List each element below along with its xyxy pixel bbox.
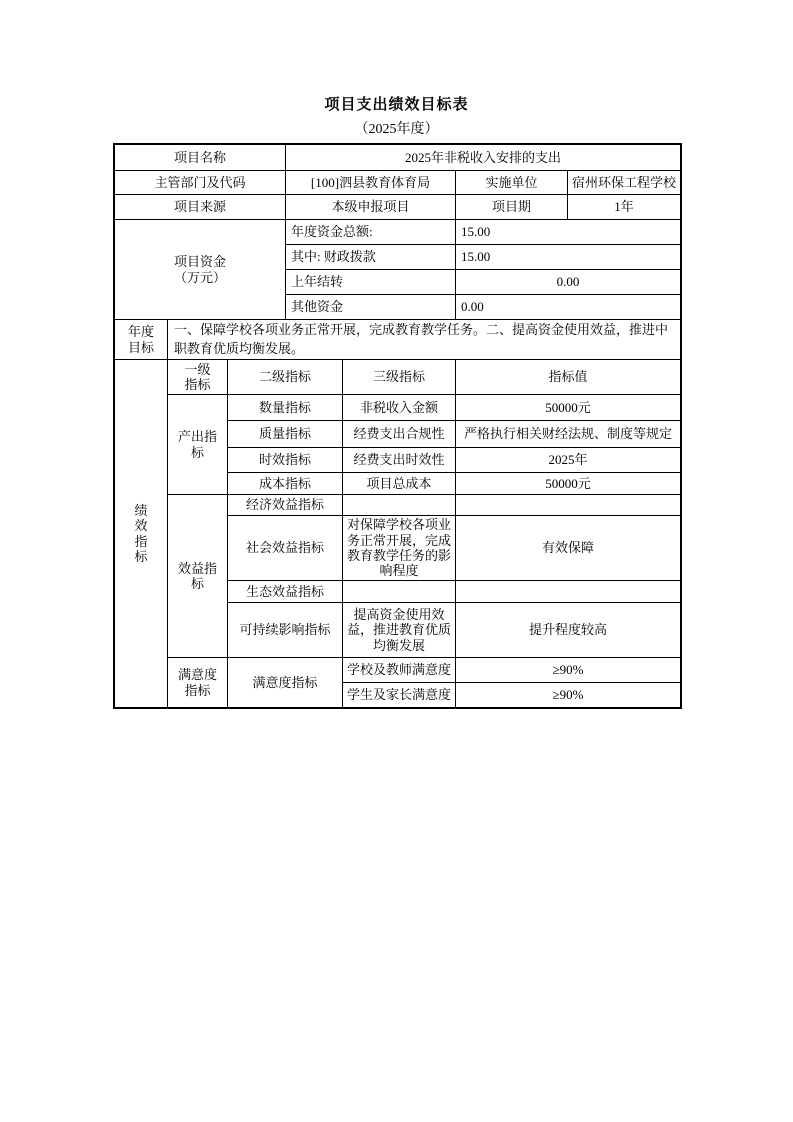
project-period-value: 1年: [567, 194, 680, 219]
satisfaction-l2-cell: 满意度指标: [227, 657, 342, 707]
indicator-l3-cell: 对保障学校各项业务正常开展，完成教育教学任务的影响程度: [342, 515, 455, 580]
indicator-value-cell: 50000元: [455, 472, 680, 494]
indicator-l3-cell: 经费支出合规性: [342, 420, 455, 447]
benefit-group-label: 效益指 标: [167, 494, 227, 657]
indicator-l2-cell: 生态效益指标: [227, 580, 342, 602]
indicator-l3-cell: [342, 580, 455, 602]
indicator-value-cell: [455, 580, 680, 602]
project-name-label: 项目名称: [115, 145, 285, 170]
annual-goal-text: 一、保障学校各项业务正常开展，完成教育教学任务。二、提高资金使用效益，推进中职教…: [167, 319, 680, 359]
document-subtitle: （2025年度）: [0, 122, 793, 137]
indicator-l3-cell: 学校及教师满意度: [342, 657, 455, 682]
document-page: 项目支出绩效目标表 （2025年度） 项目名称 2025年非税收入安排的支出 主…: [0, 0, 793, 1122]
indicator-value-cell: 50000元: [455, 394, 680, 420]
indicator-value-cell: 2025年: [455, 447, 680, 472]
funds-total-value: 15.00: [455, 219, 680, 244]
project-source-value: 本级申报项目: [285, 194, 455, 219]
project-source-label: 项目来源: [115, 194, 285, 219]
indicator-l2-cell: 成本指标: [227, 472, 342, 494]
indicator-l3-cell: 提高资金使用效益，推进教育优质均衡发展: [342, 602, 455, 657]
project-name-value: 2025年非税收入安排的支出: [285, 145, 680, 170]
indicator-value-cell: ≥90%: [455, 657, 680, 682]
annual-goal-label: 年度 目标: [115, 319, 167, 359]
header-level1: 一级 指标: [167, 359, 227, 394]
indicator-l3-cell: 非税收入金额: [342, 394, 455, 420]
indicator-l3-cell: 学生及家长满意度: [342, 682, 455, 707]
department-value: [100]泗县教育体育局: [285, 170, 455, 194]
indicator-l3-cell: [342, 494, 455, 515]
impl-unit-label: 实施单位: [455, 170, 567, 194]
indicator-l2-cell: 数量指标: [227, 394, 342, 420]
funds-carryover-label: 上年结转: [285, 269, 455, 294]
indicator-value-cell: 有效保障: [455, 515, 680, 580]
indicator-l2-cell: 质量指标: [227, 420, 342, 447]
indicator-value-cell: 提升程度较高: [455, 602, 680, 657]
funds-fiscal-label: 其中: 财政拨款: [285, 244, 455, 269]
funds-other-value: 0.00: [455, 294, 680, 319]
indicator-value-cell: ≥90%: [455, 682, 680, 707]
department-label: 主管部门及代码: [115, 170, 285, 194]
funds-fiscal-value: 15.00: [455, 244, 680, 269]
indicator-l2-cell: 社会效益指标: [227, 515, 342, 580]
document-title: 项目支出绩效目标表: [0, 97, 793, 113]
indicators-section-label: 绩 效 指 标: [115, 359, 167, 707]
funds-carryover-value: 0.00: [455, 269, 680, 294]
header-value: 指标值: [455, 359, 680, 394]
output-group-label: 产出指 标: [167, 394, 227, 494]
indicator-l2-cell: 经济效益指标: [227, 494, 342, 515]
indicator-value-cell: [455, 494, 680, 515]
indicator-l3-cell: 经费支出时效性: [342, 447, 455, 472]
indicator-value-cell: 严格执行相关财经法规、制度等规定: [455, 420, 680, 447]
impl-unit-value: 宿州环保工程学校: [567, 170, 680, 194]
satisfaction-group-label: 满意度 指标: [167, 657, 227, 707]
indicator-l2-cell: 可持续影响指标: [227, 602, 342, 657]
indicator-l3-cell: 项目总成本: [342, 472, 455, 494]
indicator-l2-cell: 时效指标: [227, 447, 342, 472]
funds-label: 项目资金 （万元）: [115, 219, 285, 319]
header-level2: 二级指标: [227, 359, 342, 394]
project-period-label: 项目期: [455, 194, 567, 219]
header-level3: 三级指标: [342, 359, 455, 394]
funds-other-label: 其他资金: [285, 294, 455, 319]
performance-target-table: 项目名称 2025年非税收入安排的支出 主管部门及代码 [100]泗县教育体育局…: [113, 143, 682, 709]
funds-total-label: 年度资金总额:: [285, 219, 455, 244]
